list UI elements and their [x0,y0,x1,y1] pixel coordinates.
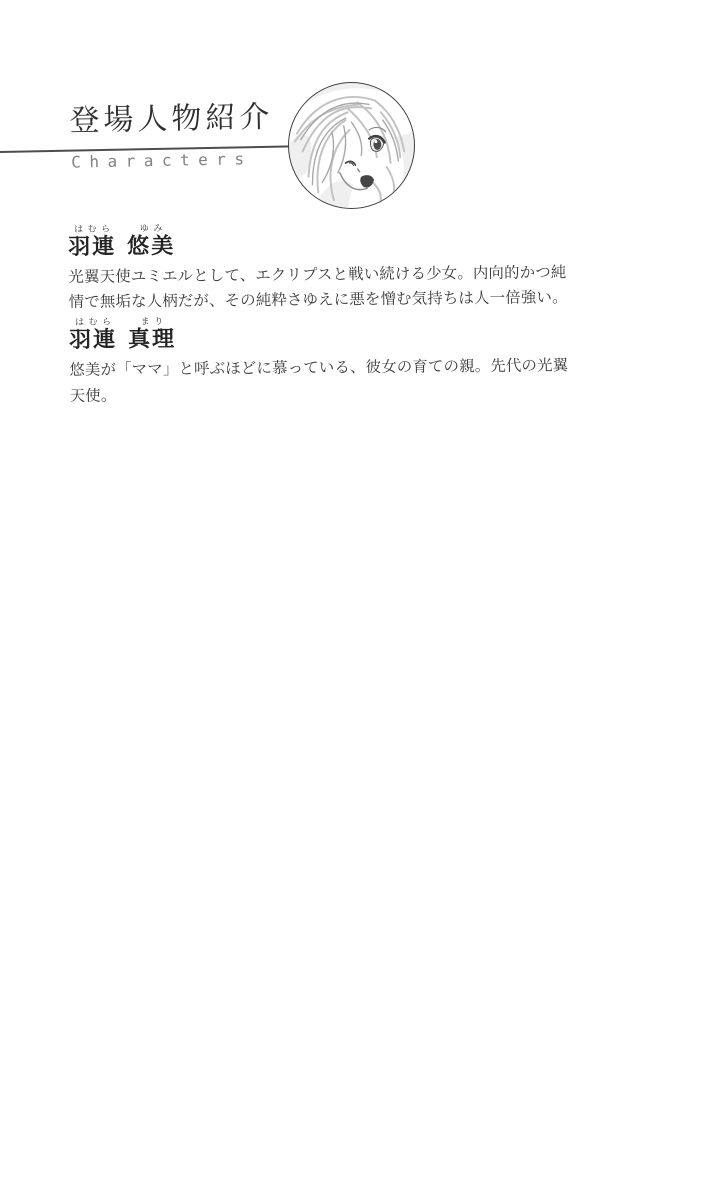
description-line: 悠美が「ママ」と呼ぶほどに慕っている、彼女の育ての親。先代の光翼 [69,353,599,383]
character-name: はむら 羽連 まり 真理 [69,313,599,353]
book-page: 登場人物紹介 Characters [0,0,715,1200]
portrait-circle [288,82,415,209]
character-illustration-icon [289,83,414,208]
character-name: はむら 羽連 ゆみ 悠美 [68,220,598,260]
family-name-kanji: 羽連 [69,328,117,353]
family-name-kanji: 羽連 [68,235,116,260]
character-entry: はむら 羽連 ゆみ 悠美 光翼天使ユミエルとして、エクリプスと戦い続ける少女。内… [68,220,599,315]
given-name-kanji: 悠美 [127,234,175,259]
family-name-group: はむら 羽連 [68,225,116,260]
page-subtitle: Characters [71,150,253,171]
given-name-group: まり 真理 [128,317,176,352]
sketch-face [340,127,386,189]
family-name-group: はむら 羽連 [69,318,117,353]
sketch-mouth [360,175,374,188]
page-title: 登場人物紹介 [69,101,274,139]
character-description: 悠美が「ママ」と呼ぶほどに慕っている、彼女の育ての親。先代の光翼 天使。 [69,353,599,408]
description-line: 天使。 [70,379,600,409]
description-line: 情で無垢な人柄だが、その純粋さゆえに悪を憎む気持ちは人一倍強い。 [69,285,599,315]
given-name-group: ゆみ 悠美 [127,224,175,259]
character-list: はむら 羽連 ゆみ 悠美 光翼天使ユミエルとして、エクリプスと戦い続ける少女。内… [68,220,600,409]
character-entry: はむら 羽連 まり 真理 悠美が「ママ」と呼ぶほどに慕っている、彼女の育ての親。… [69,313,600,408]
given-name-kanji: 真理 [128,327,176,352]
character-description: 光翼天使ユミエルとして、エクリプスと戦い続ける少女。内向的かつ純 情で無垢な人柄… [68,260,598,315]
